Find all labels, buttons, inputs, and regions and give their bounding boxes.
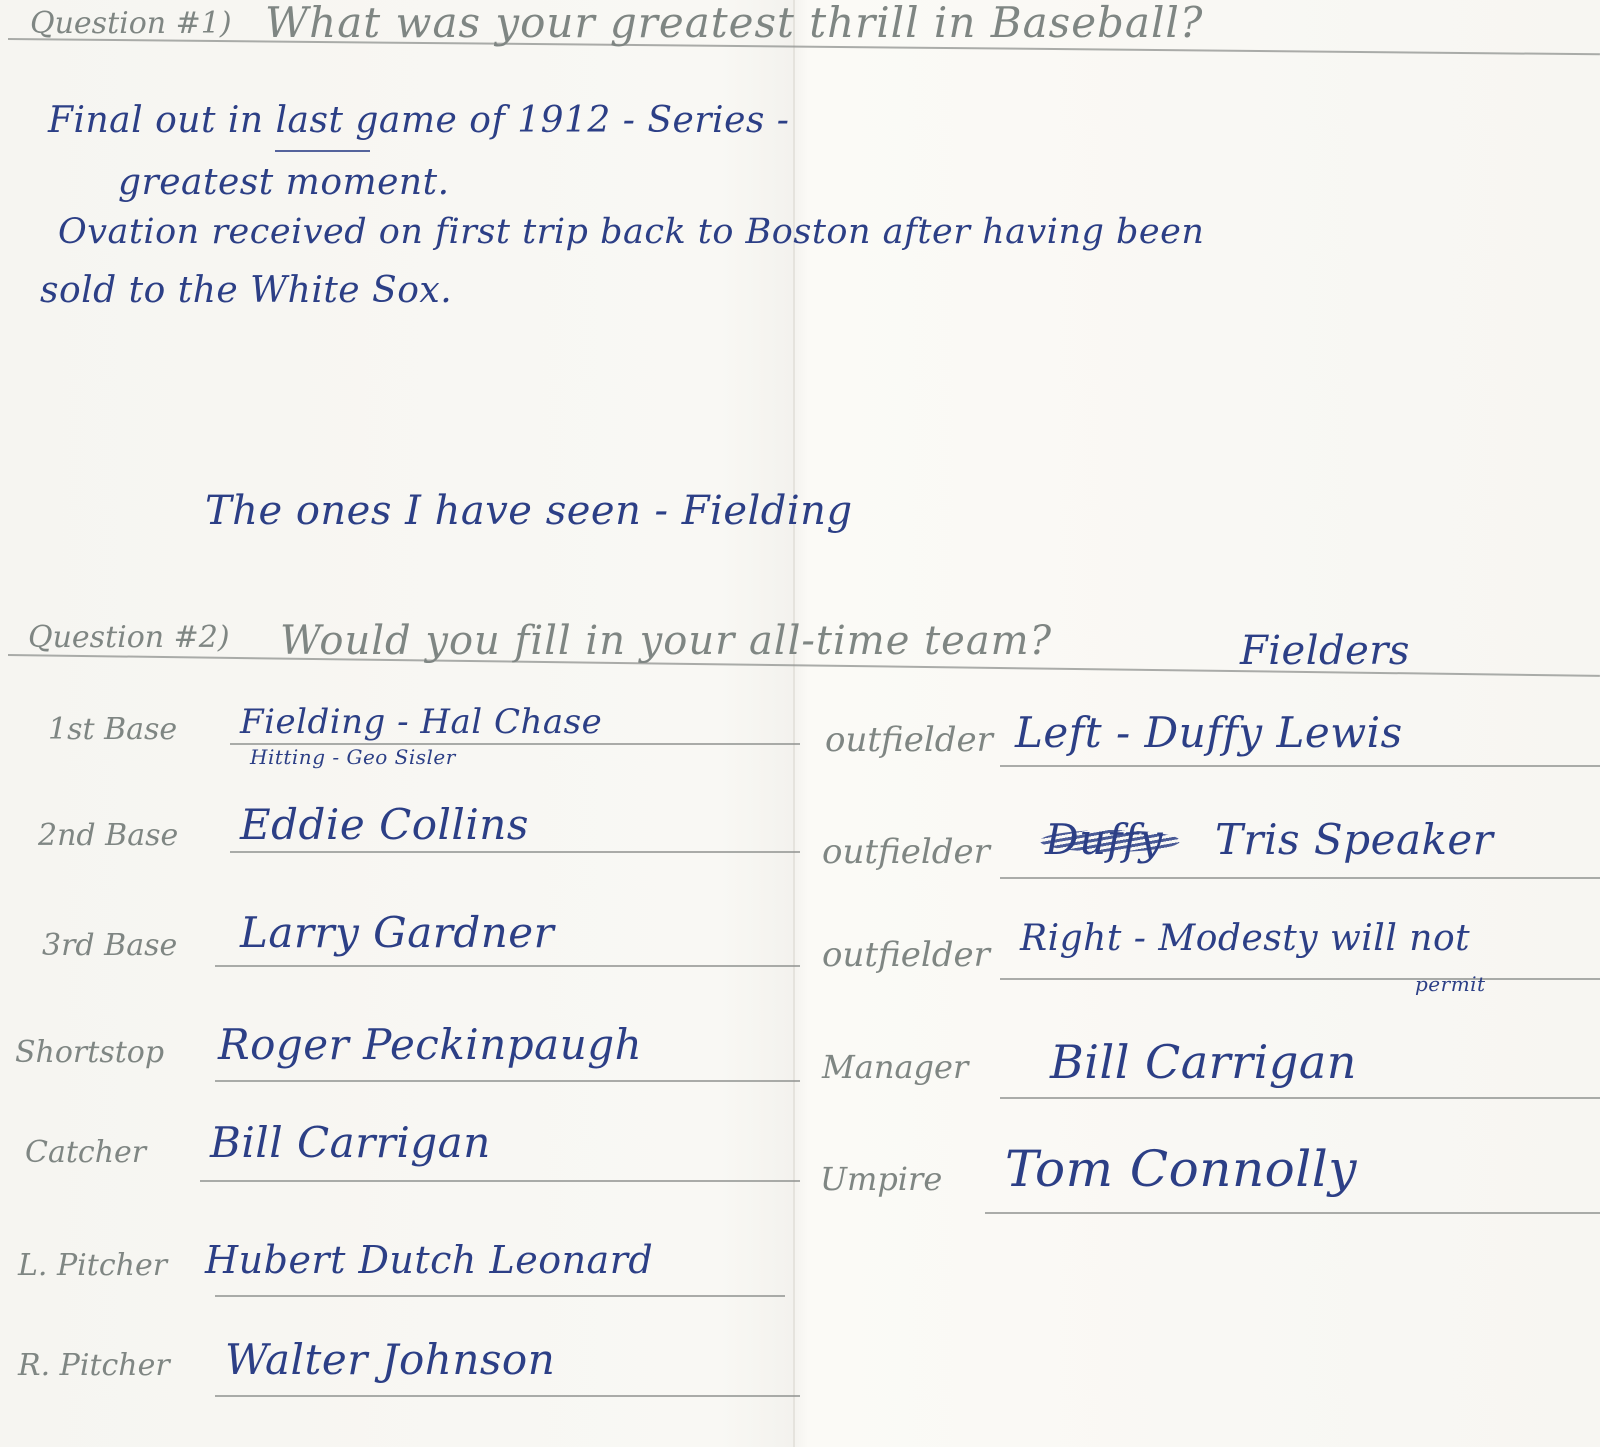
answer-line-1: Final out in last game of 1912 - Series … <box>48 100 789 141</box>
question1-label: Question #1) <box>30 6 232 41</box>
line-umpire <box>985 1212 1600 1214</box>
line-r-pitcher <box>215 1395 800 1397</box>
position-label: L. Pitcher <box>18 1248 167 1283</box>
line-catcher <box>200 1180 800 1182</box>
position-value: Bill Carrigan <box>1050 1035 1357 1089</box>
line-shortstop <box>215 1080 800 1082</box>
position-value: Fielding - Hal Chase <box>240 702 602 742</box>
position-value: Hubert Dutch Leonard <box>205 1238 653 1282</box>
position-label: Umpire <box>820 1160 942 1198</box>
position-label: 2nd Base <box>38 818 178 853</box>
position-value: Tom Connolly <box>1005 1140 1357 1198</box>
question2-label: Question #2) <box>28 620 230 655</box>
document-page: Question #1) What was your greatest thri… <box>0 0 1600 1447</box>
position-sub-value: Hitting - Geo Sisler <box>250 745 456 769</box>
position-label: Manager <box>822 1048 968 1086</box>
position-label: 1st Base <box>48 712 177 747</box>
position-value: Walter Johnson <box>225 1335 555 1384</box>
line-3rd-base <box>215 965 800 967</box>
position-label: outfielder <box>822 935 990 975</box>
question2-annotation: Fielders <box>1240 628 1410 674</box>
scribble-strikethrough <box>1040 830 1180 852</box>
line-outfielder-1 <box>1000 765 1600 767</box>
line-manager <box>1000 1097 1600 1099</box>
position-value: Roger Peckinpaugh <box>218 1020 642 1069</box>
position-label: outfielder <box>825 720 993 760</box>
position-value: Tris Speaker <box>1215 815 1493 864</box>
position-label: outfielder <box>822 832 990 872</box>
line-outfielder-2 <box>1000 877 1600 879</box>
position-value: Eddie Collins <box>240 800 529 849</box>
position-label: Shortstop <box>15 1035 164 1070</box>
question2-text: Would you fill in your all-time team? <box>280 618 1052 664</box>
position-value: Left - Duffy Lewis <box>1015 708 1403 757</box>
underline-last <box>275 150 370 152</box>
answer-line-3: Ovation received on first trip back to B… <box>58 212 1204 252</box>
answer-line-4: sold to the White Sox. <box>40 270 452 311</box>
position-label: Catcher <box>25 1135 146 1170</box>
position-value: Right - Modesty will not <box>1020 918 1470 959</box>
position-label: 3rd Base <box>42 928 177 963</box>
answer-line-2: greatest moment. <box>118 162 450 203</box>
position-label: R. Pitcher <box>18 1348 170 1383</box>
position-value: Larry Gardner <box>240 908 554 957</box>
question1-text: What was your greatest thrill in Basebal… <box>265 0 1203 47</box>
position-value: Bill Carrigan <box>210 1118 491 1167</box>
position-sub-value: permit <box>1415 972 1486 996</box>
line-2nd-base <box>230 851 800 853</box>
line-l-pitcher <box>215 1295 785 1297</box>
line-outfielder-3 <box>1000 978 1600 980</box>
fielding-note: The ones I have seen - Fielding <box>205 488 853 534</box>
